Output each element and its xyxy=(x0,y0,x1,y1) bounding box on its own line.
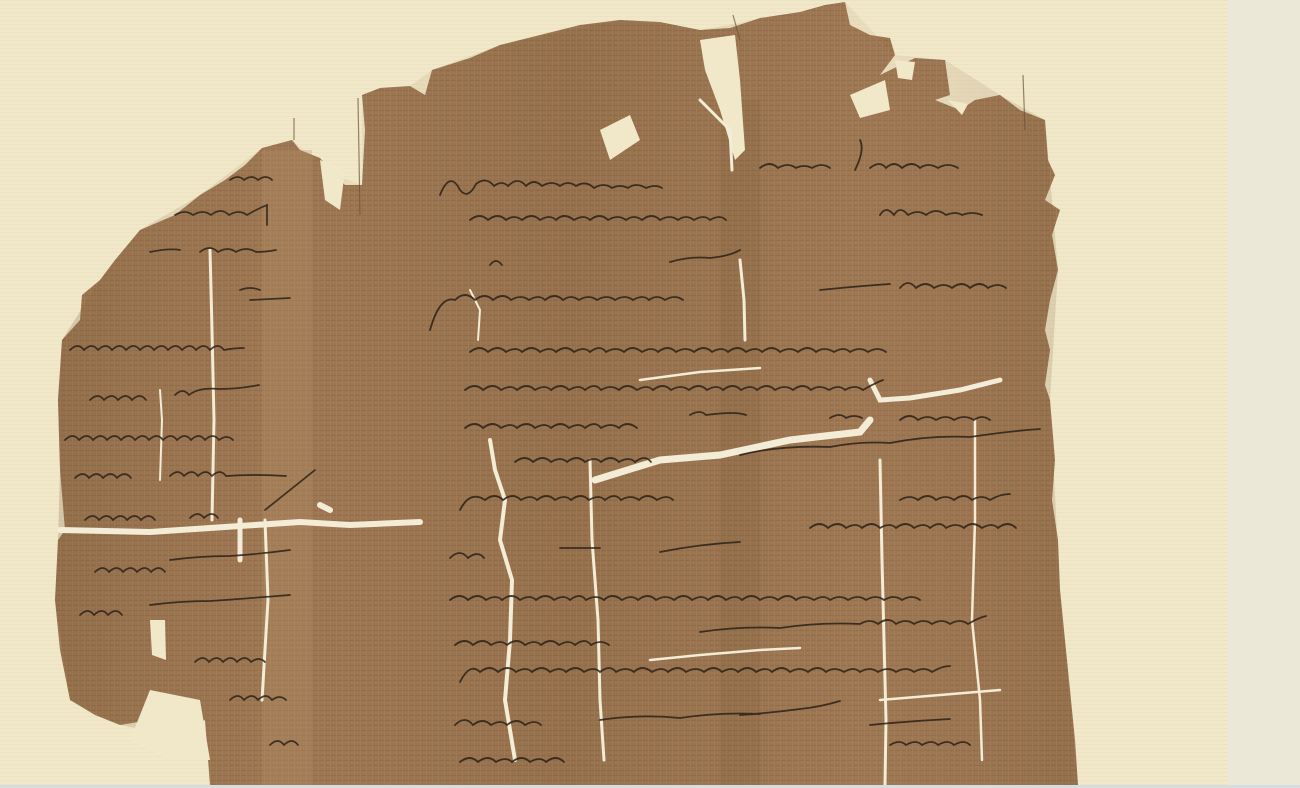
image-viewer: Photograph of a torn brown papyrus manus… xyxy=(0,0,1300,788)
papyrus-fragment-photo xyxy=(0,0,1300,785)
